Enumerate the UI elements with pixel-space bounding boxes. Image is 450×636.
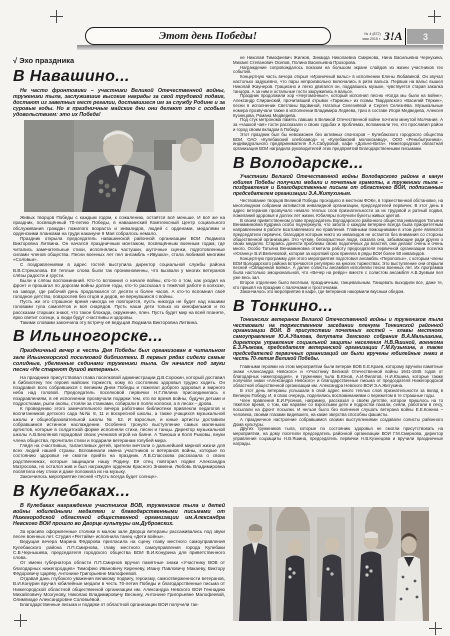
lead-navashino: Не часто фронтовики – участники Великой … — [13, 88, 225, 118]
article-body-kulebaki-continued: не Николай Тимофеевич Жилков, Зинаида Ни… — [233, 56, 443, 152]
headline-navashino: В Навашино... — [13, 68, 225, 86]
issue-block: № 4 (872) мая 2015 г. З!А 3 — [350, 28, 444, 45]
article-body-navashino: Живых творцов Победы с каждым годом, к с… — [13, 215, 225, 325]
lead-tonkino: Тонкинских ветеранов Великой Отечественн… — [233, 318, 443, 363]
body-paragraph: Благодарственные письма и подарки от обл… — [13, 602, 225, 607]
lead-ilyinogorsk: Праздничный вечер в честь Дня Победы был… — [13, 348, 225, 372]
left-column: √ Эхо праздника В Навашино... Не часто ф… — [13, 56, 225, 614]
body-paragraph: Этот праздник был бы невозможен без акти… — [233, 133, 443, 152]
issue-date: мая 2015 г. — [350, 37, 381, 41]
body-paragraph: С поздравлениями в адрес гостей выступил… — [13, 262, 225, 278]
masthead-banner: Этот день Победы! — [85, 27, 331, 45]
body-paragraph: Пусть же это страшное время никогда не п… — [13, 299, 225, 320]
article-body-ilyinogorsk: На празднике присутствовал глава поселко… — [13, 375, 225, 480]
body-paragraph: Чествование творцов Великой Победы прохо… — [233, 199, 443, 218]
body-paragraph: За красиво оформленные столики в малом з… — [13, 529, 225, 540]
crop-mark-top-left — [50, 10, 63, 23]
headline-kulebaki: В Кулебаках... — [13, 483, 225, 501]
crop-mark-top-right — [428, 10, 441, 23]
lead-kulebaki: В Кулебаках награждение участников ВОВ, … — [13, 503, 225, 527]
photo-navashino-veteran — [24, 120, 214, 212]
body-paragraph: Глядя на счастливых, талантливых детей, … — [13, 443, 225, 475]
section-marker: √ Эхо праздника — [13, 56, 225, 65]
body-paragraph: Концертную часть вечера открыл «Ироничны… — [233, 75, 443, 94]
header-divider — [405, 28, 407, 45]
body-paragraph: Главными героями на этом мероприятии был… — [233, 365, 443, 389]
headline-volodarsk: В Володарске... — [233, 155, 443, 173]
photo-tonkino-veterans-group — [233, 507, 429, 621]
header-rule — [77, 45, 443, 50]
body-paragraph: Праздник продолжили хор «Неугомонные», к… — [233, 94, 443, 118]
body-paragraph: Концертную программу для этого мероприят… — [233, 257, 443, 281]
crop-mark-bottom-left — [14, 614, 27, 627]
body-paragraph: Закончилось мероприятие песней «Пусть вс… — [13, 474, 225, 479]
body-paragraph: Под стук метронома память павших в Велик… — [233, 118, 443, 132]
body-paragraph: На празднике присутствовал глава поселко… — [13, 375, 225, 407]
body-paragraph: Праздник открыла председатель навашинско… — [13, 236, 225, 262]
crop-mark-bottom-right — [429, 622, 442, 635]
body-paragraph: К проведению этого замечательного вечера… — [13, 406, 225, 443]
masthead-title: Этот день Победы! — [159, 30, 257, 42]
body-paragraph: Живых творцов Победы с каждым годом, к с… — [13, 215, 225, 236]
photo-tonkino-wrap — [233, 507, 429, 626]
page-number-badge: 3 — [407, 29, 444, 44]
body-paragraph: Член правления Е.И.Русинов, например, ра… — [233, 399, 443, 418]
body-paragraph: Такими словами закончила эту встречу её … — [13, 320, 225, 325]
article-body-tonkino: Главными героями на этом мероприятии был… — [233, 365, 443, 447]
body-paragraph: Отдавая дань глубокого уважения великому… — [13, 576, 225, 602]
body-paragraph: От имени губернатора области Л.П.Смирнов… — [13, 560, 225, 576]
issue-info: № 4 (872) мая 2015 г. — [350, 32, 381, 41]
lead-volodarsk: Участники Великой Отечественной войны Во… — [233, 175, 443, 197]
newspaper-page: Этот день Победы! № 4 (872) мая 2015 г. … — [0, 0, 450, 636]
article-body-kulebaki: За красиво оформленные столики в малом з… — [13, 529, 225, 608]
body-paragraph: Закончилось это мероприятие в кафе, где … — [233, 290, 443, 295]
body-paragraph: Других тружеников тыла, которые по состо… — [233, 427, 443, 446]
body-paragraph: Ведущая вечера Марина Фёдорова пригласил… — [13, 539, 225, 560]
right-column: не Николай Тимофеевич Жилков, Зинаида Ни… — [233, 56, 443, 506]
body-paragraph: В своем приветственном слове председател… — [233, 219, 443, 257]
newspaper-logo: З!А — [384, 29, 403, 44]
body-paragraph: Были и слёзы воспоминаний. Кто-то вспомн… — [13, 278, 225, 299]
headline-ilyinogorsk: В Ильиногорске... — [13, 328, 225, 346]
article-body-volodarsk: Чествование творцов Великой Победы прохо… — [233, 199, 443, 295]
headline-tonkino: В Тонкино... — [233, 298, 443, 316]
